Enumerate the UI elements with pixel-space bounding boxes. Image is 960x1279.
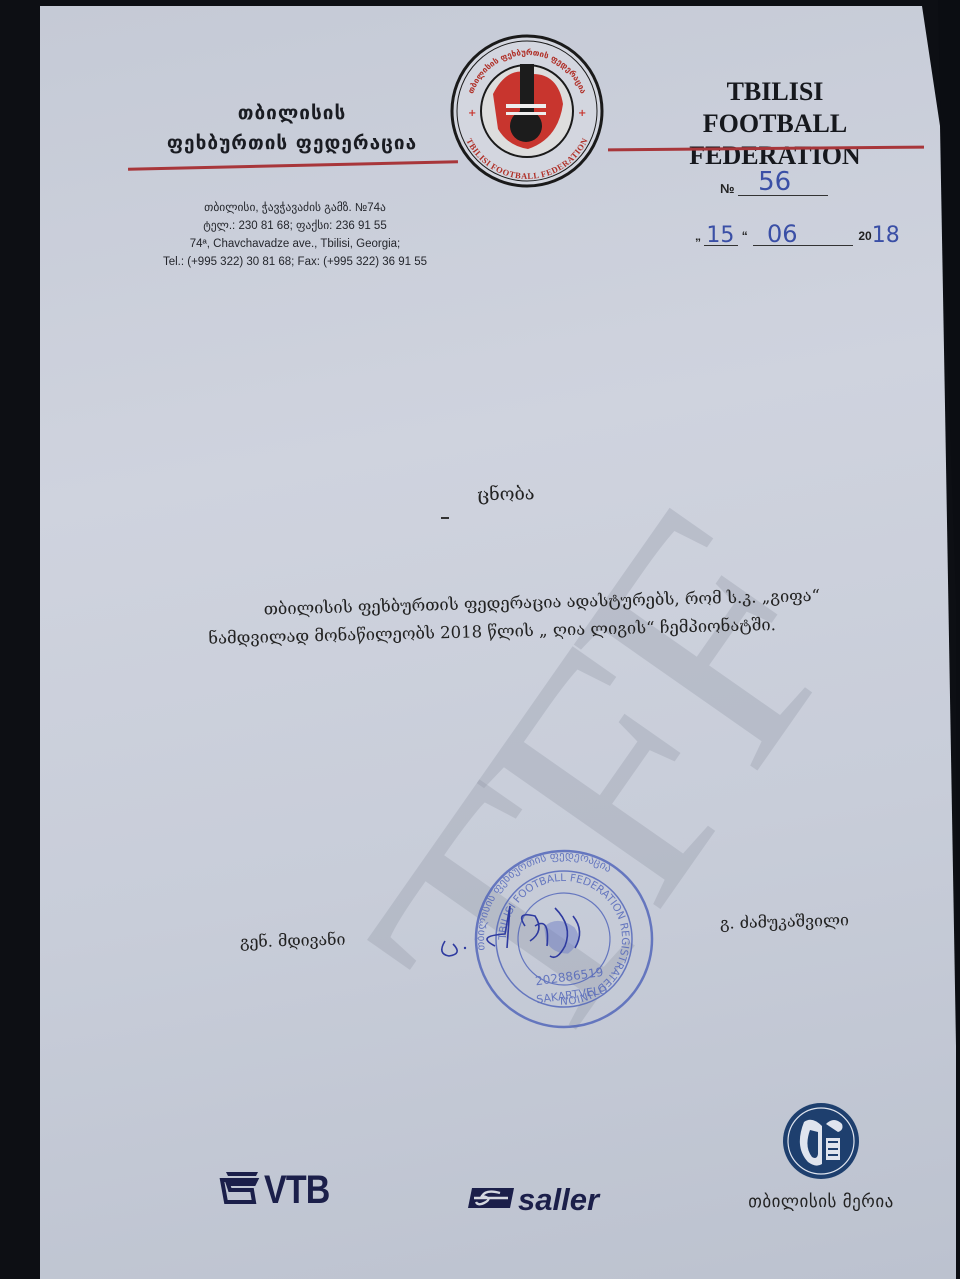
address-line-geo: თბილისი, ჭავჭავაძის გამზ. №74ა	[150, 199, 440, 217]
sponsor-vtb: VTB	[218, 1164, 341, 1216]
geo-title-line1: თბილისის	[122, 98, 462, 128]
tbilisi-city-hall-emblem-icon	[782, 1102, 860, 1184]
eng-title-line1: TBILISI	[615, 76, 935, 108]
year-prefix: 20	[858, 229, 871, 243]
svg-text:+: +	[578, 108, 586, 119]
saller-wordmark: saller	[518, 1182, 599, 1218]
sponsor-tbilisi-city-hall: თბილისის მერია	[726, 1102, 916, 1212]
address-block: თბილისი, ჭავჭავაძის გამზ. №74ა ტელ.: 230…	[150, 199, 440, 271]
stray-mark	[441, 517, 449, 519]
reference-number: № 56	[720, 176, 828, 196]
document-heading: ცნობა	[477, 483, 535, 505]
vtb-wordmark: VTB	[264, 1168, 329, 1213]
letter-page: TFF თბილისის ფეხბურთის ფედერაცია + + თბი…	[40, 6, 960, 1279]
saller-logo-icon	[466, 1186, 516, 1214]
federation-emblem-icon: + + თბილისის ფეხბურთის ფედერაცია TBILISI…	[448, 34, 606, 189]
number-value: 56	[758, 167, 791, 197]
signatory-name: გ. ძამუკაშვილი	[720, 910, 849, 932]
sponsor-saller: saller	[466, 1182, 599, 1218]
geo-title-line2: ფეხბურთის ფედერაცია	[122, 128, 462, 158]
city-hall-label: თბილისის მერია	[726, 1192, 916, 1212]
date-open-quote: „	[695, 229, 701, 243]
federation-name-english: TBILISI FOOTBALL FEDERATION	[615, 76, 935, 172]
number-label: №	[720, 181, 735, 196]
svg-text:+: +	[468, 108, 476, 119]
phone-line-geo: ტელ.: 230 81 68; ფაქსი: 236 91 55	[150, 217, 440, 235]
phone-line-eng: Tel.: (+995 322) 30 81 68; Fax: (+995 32…	[150, 253, 440, 271]
document-body: თბილისის ფეხბურთის ფედერაცია ადასტურებს,…	[207, 581, 858, 653]
federation-name-georgian: თბილისის ფეხბურთის ფედერაცია	[122, 98, 462, 158]
eng-title-line2: FOOTBALL FEDERATION	[615, 108, 935, 172]
signatory-title: გენ. მდივანი	[240, 930, 346, 952]
handwritten-signature-icon	[435, 886, 605, 966]
date-close-quote: “	[742, 229, 748, 243]
date-month: 06	[767, 220, 798, 248]
vtb-logo-icon	[218, 1168, 260, 1212]
date-day: 15	[706, 223, 734, 248]
year-suffix: 18	[872, 223, 900, 248]
address-line-eng: 74ª, Chavchavadze ave., Tbilisi, Georgia…	[150, 235, 440, 253]
header-rule-left	[128, 160, 458, 170]
document-date: „ 15 “ 06 2018	[695, 221, 900, 246]
